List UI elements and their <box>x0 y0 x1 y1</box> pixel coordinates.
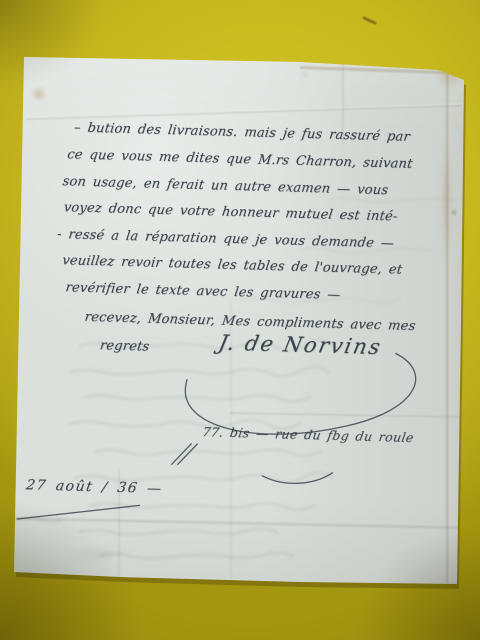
signature: J. de Norvins <box>217 331 384 359</box>
letter-text: – bution des livraisons. mais je fus ras… <box>9 57 459 594</box>
letter-line: revérifier le texte avec les gravures — <box>65 280 342 303</box>
letter-line: voyez donc que votre honneur mutuel est … <box>63 200 399 224</box>
date-line: 27 août / 36 — <box>25 477 164 497</box>
manuscript-paper: – bution des livraisons. mais je fus ras… <box>0 0 480 640</box>
backdrop-fleck <box>362 16 377 25</box>
letter-line: regrets <box>99 338 150 354</box>
letter-line: veuillez revoir toutes les tables de l'o… <box>61 253 403 277</box>
letter-line: recevez, Monsieur, Mes compliments avec … <box>84 310 417 334</box>
letter-line: ce que vous me dites que M.rs Charron, s… <box>66 147 413 172</box>
letter-line: son usage, en ferait un autre examen — v… <box>62 174 390 198</box>
letter-line: - ressé a la réparation que je vous dema… <box>56 227 395 251</box>
letter-line: – bution des livraisons. mais je fus ras… <box>73 120 411 144</box>
address-line: 77. bis — rue du fbg du roule <box>201 424 415 445</box>
photo-of-handwritten-letter: – bution des livraisons. mais je fus ras… <box>0 0 480 640</box>
